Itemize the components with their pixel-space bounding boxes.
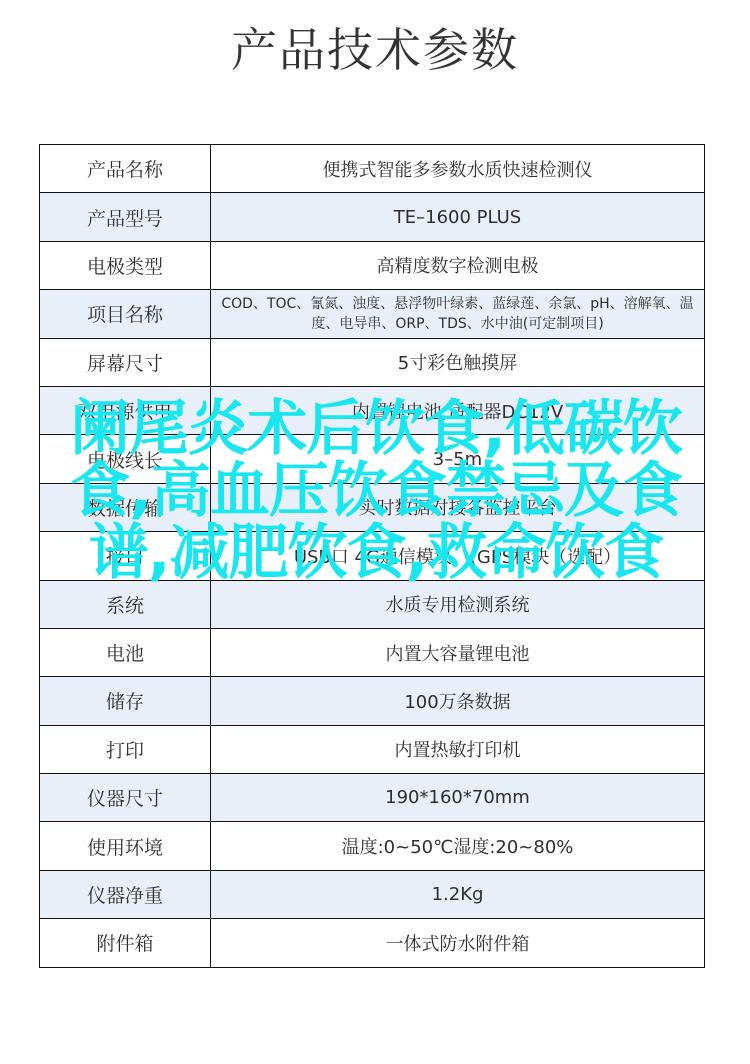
spec-value: 内置大容量锂电池 <box>211 628 705 676</box>
spec-label: 数据传输 <box>40 483 211 531</box>
spec-table: 产品名称便携式智能多参数水质快速检测仪 产品型号TE–1600 PLUS 电极类… <box>39 144 705 968</box>
spec-value: 内置热敏打印机 <box>211 725 705 773</box>
spec-label: 产品名称 <box>40 145 211 193</box>
table-row: 产品型号TE–1600 PLUS <box>40 193 705 241</box>
table-row: 接口USB口 4G通信模块，(GPS模块（选配） <box>40 532 705 580</box>
spec-value: 便携式智能多参数水质快速检测仪 <box>211 145 705 193</box>
spec-label: 屏幕尺寸 <box>40 338 211 386</box>
spec-label: 接口 <box>40 532 211 580</box>
spec-label: 电极类型 <box>40 241 211 289</box>
spec-value: 水质专用检测系统 <box>211 580 705 628</box>
table-row: 电池内置大容量锂电池 <box>40 628 705 676</box>
table-row: 使用环境温度:0~50℃湿度:20~80% <box>40 822 705 870</box>
spec-value: TE–1600 PLUS <box>211 193 705 241</box>
spec-label: 双电源供电 <box>40 386 211 434</box>
page-title: 产品技术参数 <box>0 18 750 82</box>
spec-value: 一体式防水附件箱 <box>211 919 705 967</box>
spec-label: 产品型号 <box>40 193 211 241</box>
spec-label: 储存 <box>40 677 211 725</box>
table-row: 数据传输实时数据对接各监控平台 <box>40 483 705 531</box>
spec-label: 附件箱 <box>40 919 211 967</box>
spec-value: 温度:0~50℃湿度:20~80% <box>211 822 705 870</box>
spec-label: 系统 <box>40 580 211 628</box>
table-row: 电极线长3–5m <box>40 435 705 483</box>
spec-value: 3–5m <box>211 435 705 483</box>
spec-value: 190*160*70mm <box>211 774 705 822</box>
spec-value: 1.2Kg <box>211 870 705 918</box>
spec-value: 实时数据对接各监控平台 <box>211 483 705 531</box>
table-row: 附件箱一体式防水附件箱 <box>40 919 705 967</box>
spec-label: 电极线长 <box>40 435 211 483</box>
spec-label: 仪器尺寸 <box>40 774 211 822</box>
table-row: 仪器尺寸190*160*70mm <box>40 774 705 822</box>
spec-label: 项目名称 <box>40 290 211 338</box>
table-row: 屏幕尺寸5寸彩色触摸屏 <box>40 338 705 386</box>
spec-value: USB口 4G通信模块，(GPS模块（选配） <box>211 532 705 580</box>
spec-value: 高精度数字检测电极 <box>211 241 705 289</box>
spec-value: 内置锂电池,适配器DC12V <box>211 386 705 434</box>
table-row: 打印内置热敏打印机 <box>40 725 705 773</box>
spec-label: 使用环境 <box>40 822 211 870</box>
table-row: 项目名称COD、TOC、氰氮、浊度、悬浮物叶绿素、蓝绿莲、余氯、pH、溶解氧、温… <box>40 290 705 338</box>
spec-value: 5寸彩色触摸屏 <box>211 338 705 386</box>
table-row: 系统水质专用检测系统 <box>40 580 705 628</box>
spec-label: 打印 <box>40 725 211 773</box>
table-row: 仪器净重1.2Kg <box>40 870 705 918</box>
table-row: 储存100万条数据 <box>40 677 705 725</box>
table-row: 产品名称便携式智能多参数水质快速检测仪 <box>40 145 705 193</box>
spec-label: 电池 <box>40 628 211 676</box>
spec-value: 100万条数据 <box>211 677 705 725</box>
spec-label: 仪器净重 <box>40 870 211 918</box>
table-row: 双电源供电内置锂电池,适配器DC12V <box>40 386 705 434</box>
spec-value: COD、TOC、氰氮、浊度、悬浮物叶绿素、蓝绿莲、余氯、pH、溶解氧、温度、电导… <box>211 290 705 338</box>
table-row: 电极类型高精度数字检测电极 <box>40 241 705 289</box>
